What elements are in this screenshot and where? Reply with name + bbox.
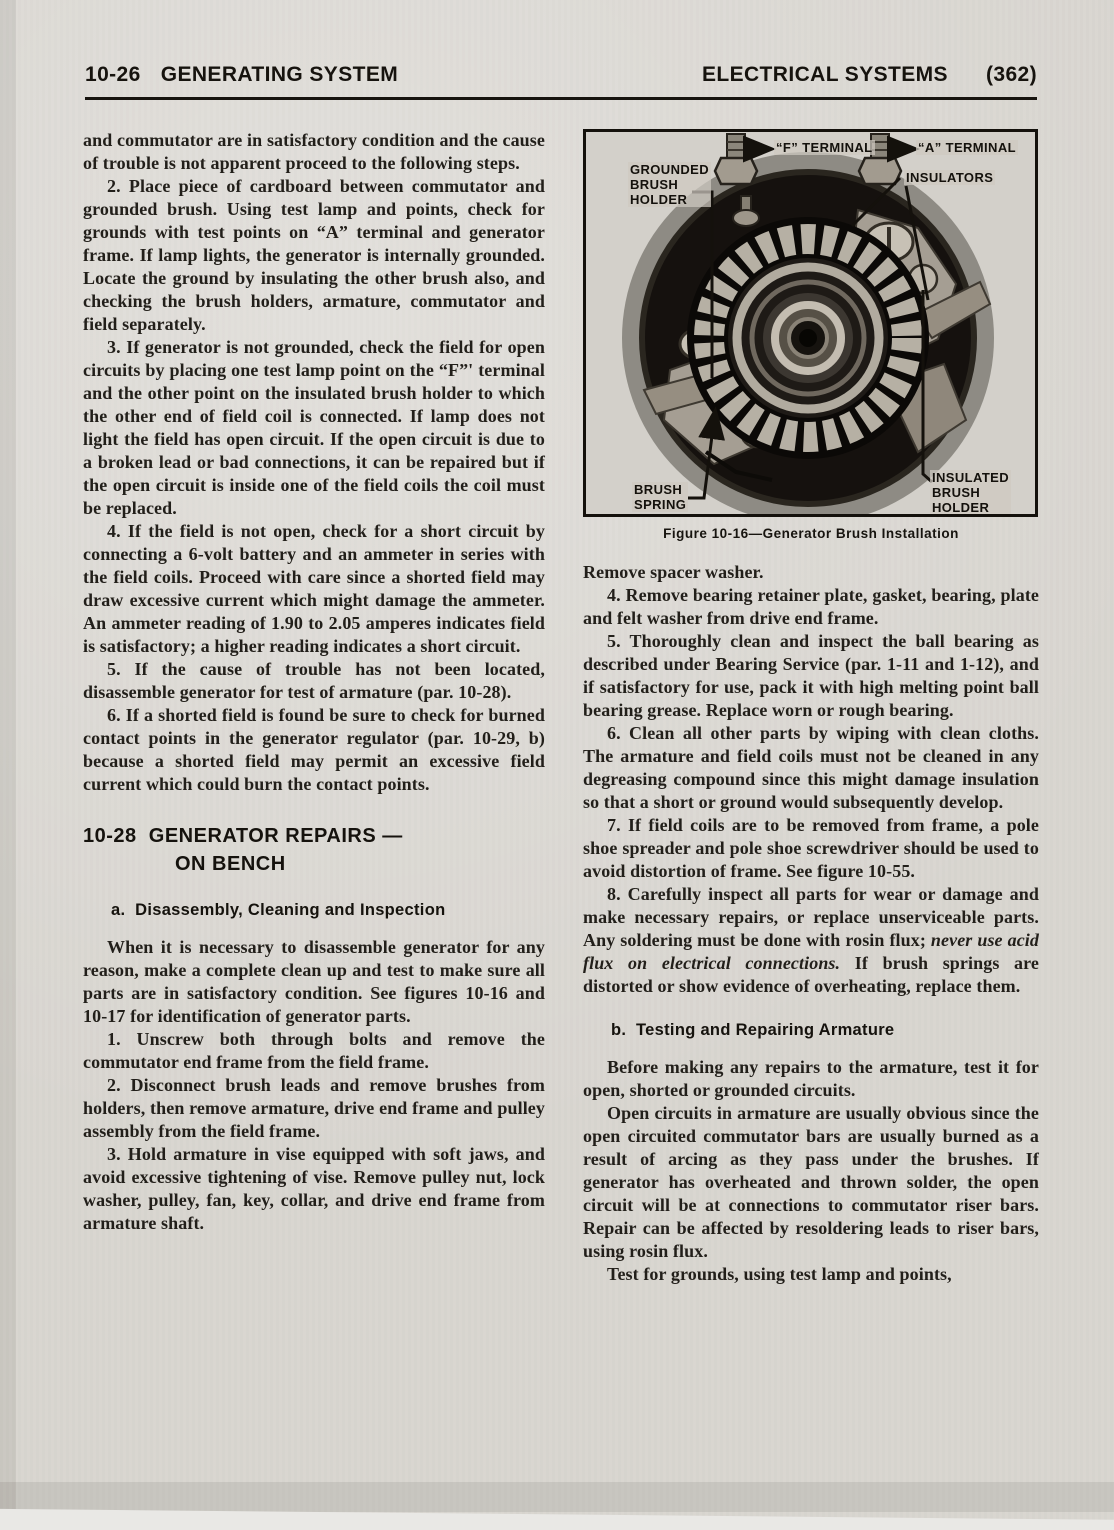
paragraph: Before making any repairs to the armatur… [583,1056,1039,1102]
paragraph-continuation: and commutator are in satisfactory condi… [83,129,545,175]
section-title-right: ELECTRICAL SYSTEMS [702,63,948,86]
paragraph: Open circuits in armature are usually ob… [583,1102,1039,1263]
step-3b: 3. Hold armature in vise equipped with s… [83,1143,545,1235]
page-number-left: 10-26 [85,63,141,86]
figure-box: “F” TERMINAL “A” TERMINAL GROUNDED BRUSH… [583,129,1038,517]
right-column-text: Remove spacer washer.4. Remove bearing r… [583,561,1039,1286]
step-2b: 2. Disconnect brush leads and remove bru… [83,1074,545,1143]
step-8r: 8. Carefully inspect all parts for wear … [583,883,1039,998]
section-heading-10-28: 10-28 GENERATOR REPAIRS —ON BENCH [83,822,545,878]
section-title-left: GENERATING SYSTEM [161,63,398,86]
step-6: 6. If a shorted field is found be sure t… [83,704,545,796]
step-3: 3. If generator is not grounded, check t… [83,336,545,520]
figure-label-brush-spring: BRUSH SPRING [632,482,688,512]
heading-line: 10-28 GENERATOR REPAIRS — [83,822,545,850]
manual-page: 10-26GENERATING SYSTEM ELECTRICAL SYSTEM… [0,0,1114,1530]
paragraph: Test for grounds, using test lamp and po… [583,1263,1039,1286]
right-column: “F” TERMINAL “A” TERMINAL GROUNDED BRUSH… [583,129,1039,1286]
header-left: 10-26GENERATING SYSTEM [85,63,398,87]
figure-label-insulators: INSULATORS [904,170,995,185]
step-4r: 4. Remove bearing retainer plate, gasket… [583,584,1039,630]
step-5r: 5. Thoroughly clean and inspect the ball… [583,630,1039,722]
figure-10-16: “F” TERMINAL “A” TERMINAL GROUNDED BRUSH… [583,129,1039,541]
step-6r: 6. Clean all other parts by wiping with … [583,722,1039,814]
header-rule [85,97,1037,100]
figure-label-insulated-brush-holder: INSULATED BRUSH HOLDER [930,470,1011,515]
paragraph-continuation: Remove spacer washer. [583,561,1039,584]
header-right: ELECTRICAL SYSTEMS(362) [702,63,1037,87]
paragraph: When it is necessary to disassemble gene… [83,936,545,1028]
figure-caption: Figure 10-16—Generator Brush Installatio… [583,526,1039,541]
heading-line: ON BENCH [175,850,545,878]
scan-edge-left [0,0,16,1530]
step-4: 4. If the field is not open, check for a… [83,520,545,658]
page-number-right: (362) [986,63,1037,86]
step-7r: 7. If field coils are to be removed from… [583,814,1039,883]
figure-label-grounded-brush-holder: GROUNDED BRUSH HOLDER [628,162,711,207]
step-1: 1. Unscrew both through bolts and remove… [83,1028,545,1074]
page-header: 10-26GENERATING SYSTEM ELECTRICAL SYSTEM… [85,63,1037,87]
scan-edge-bottom [0,1482,1114,1512]
subsection-a-heading: a. Disassembly, Cleaning and Inspection [111,900,545,920]
subsection-b-heading: b. Testing and Repairing Armature [611,1020,1039,1040]
step-2: 2. Place piece of cardboard between comm… [83,175,545,336]
figure-label-a-terminal: “A” TERMINAL [916,140,1018,155]
step-5: 5. If the cause of trouble has not been … [83,658,545,704]
commutator [687,217,929,459]
left-column: and commutator are in satisfactory condi… [83,129,545,1235]
figure-label-f-terminal: “F” TERMINAL [774,140,875,155]
